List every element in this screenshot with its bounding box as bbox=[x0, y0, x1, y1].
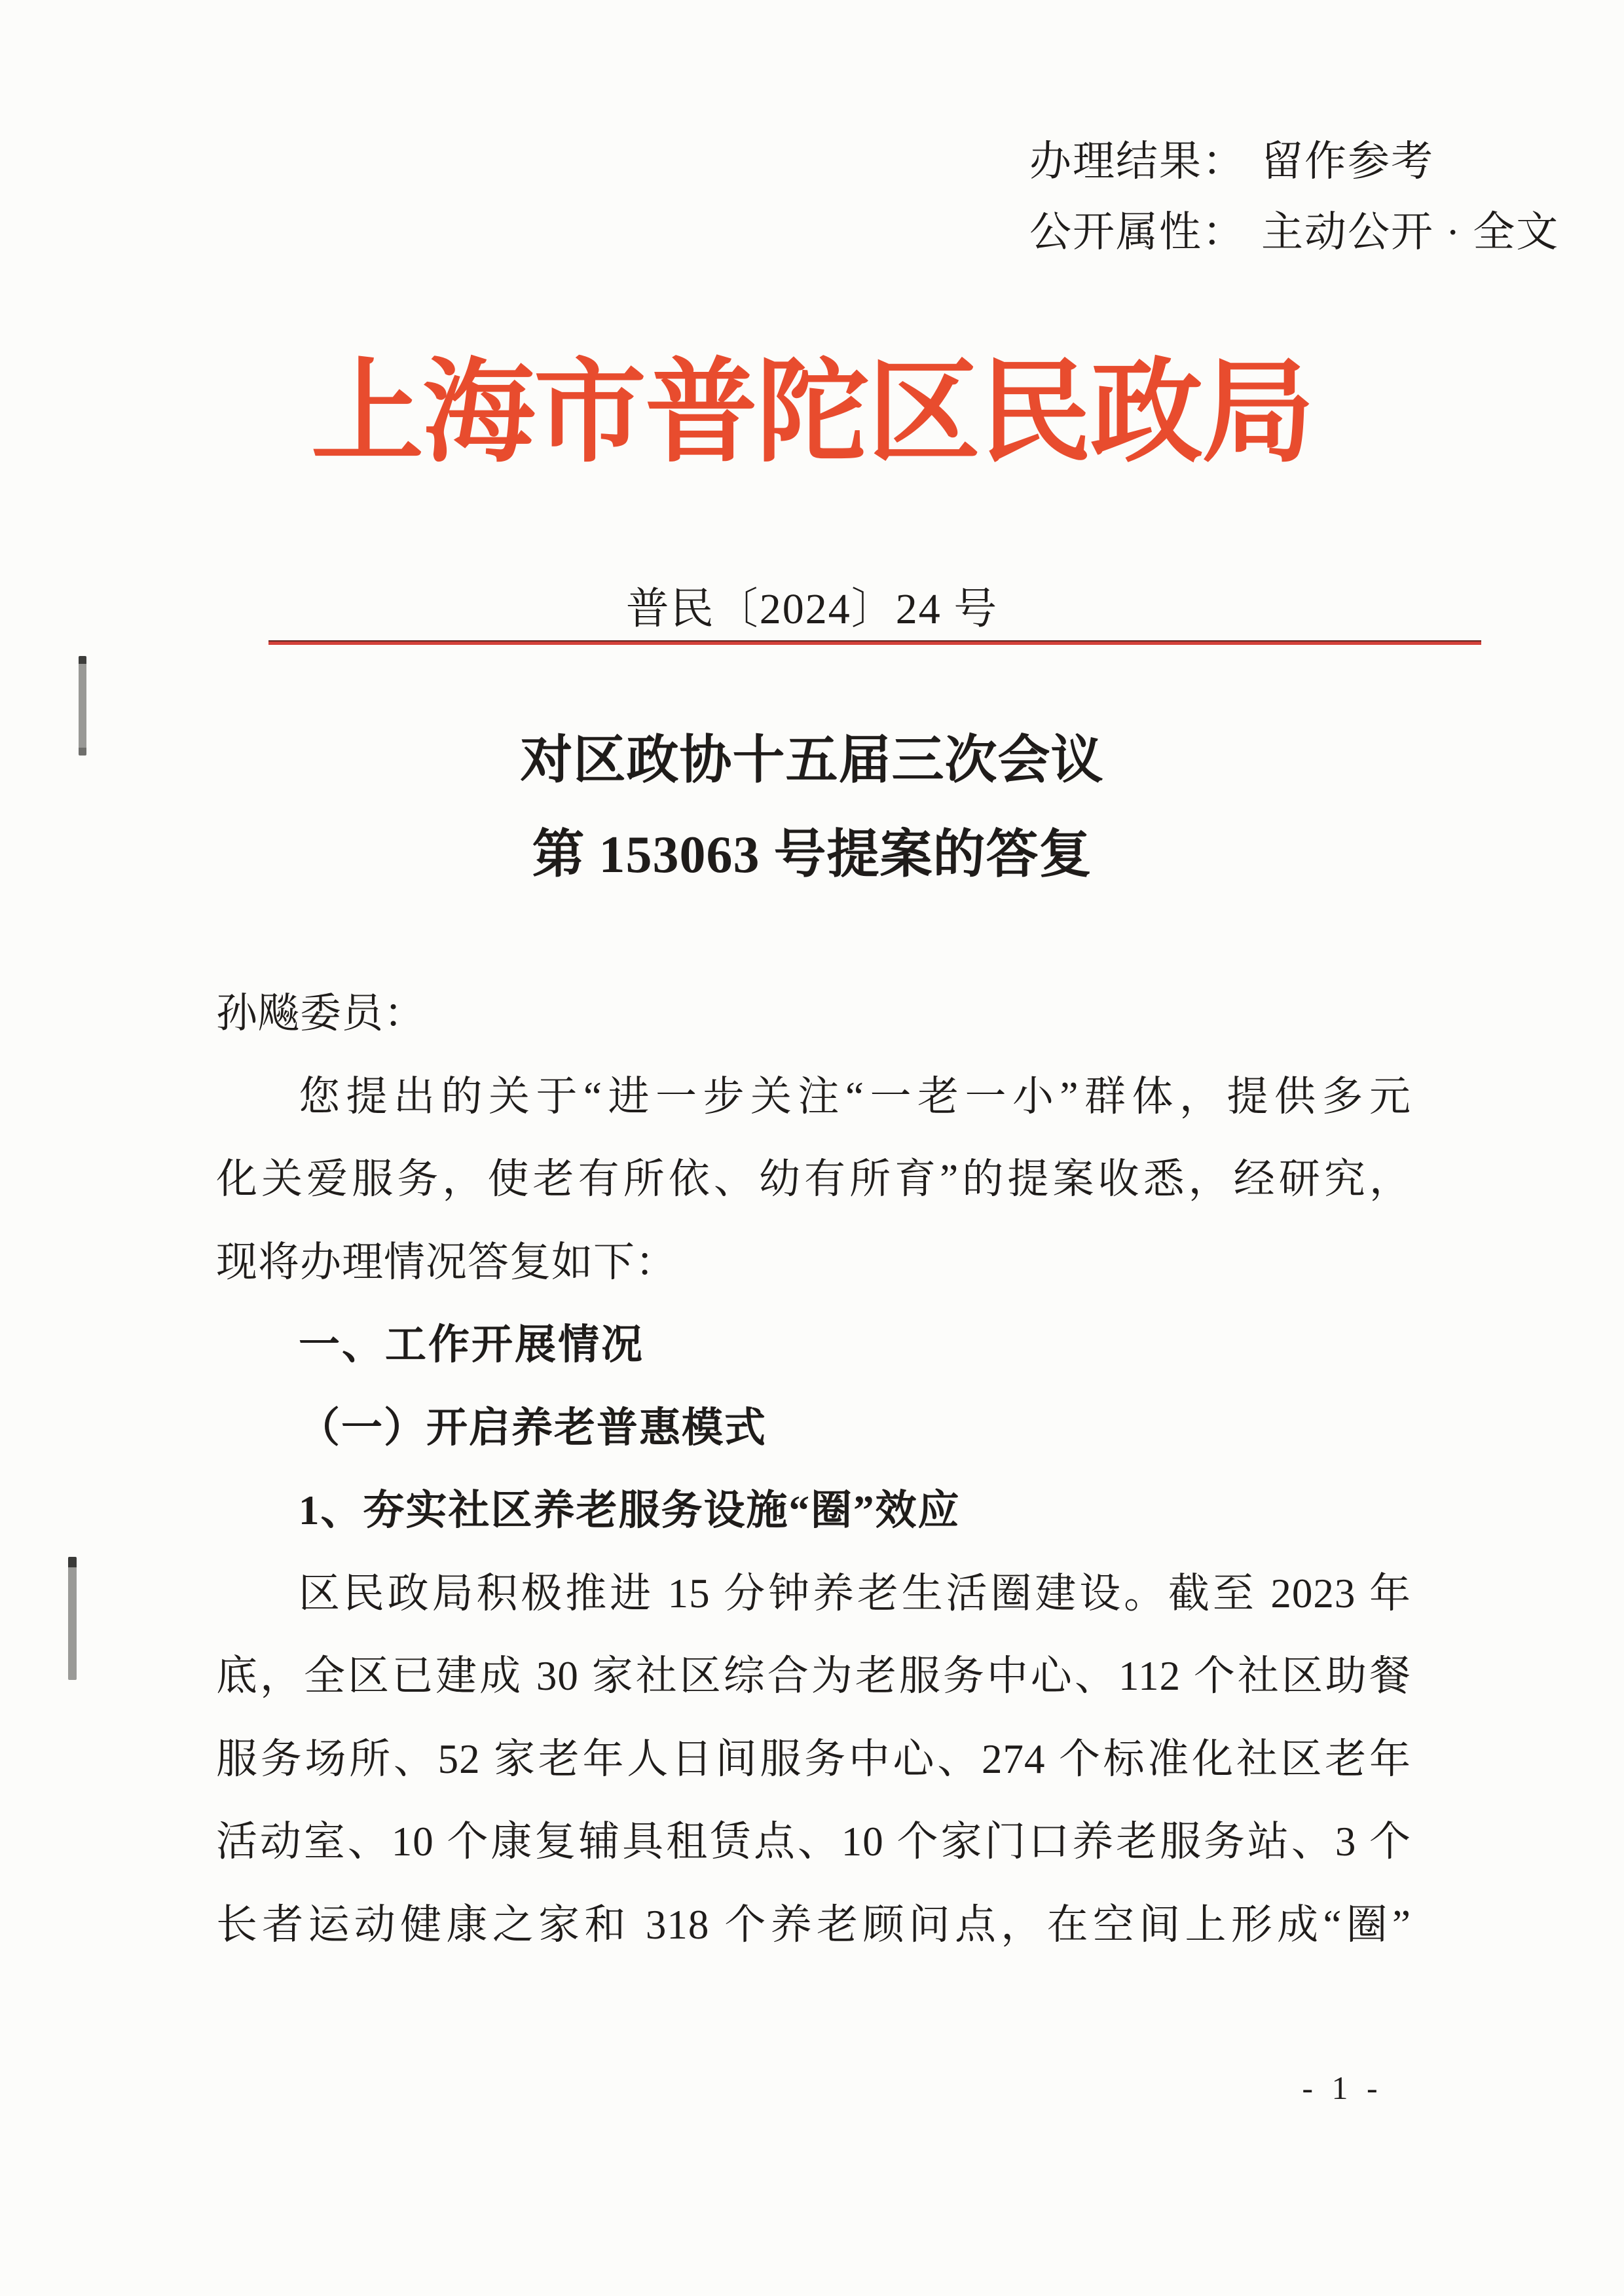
body-line: 区民政局积极推进 15 分钟养老生活圈建设。截至 2023 年 bbox=[216, 1552, 1411, 1635]
publicity-row: 公开属性：主动公开 · 全文 bbox=[1029, 197, 1559, 268]
body-line: 您提出的关于“进一步关注“一老一小”群体，提供多元 bbox=[216, 1055, 1411, 1139]
scanned-official-letter-page: 办理结果：留作参考 公开属性：主动公开 · 全文 上海市普陀区民政局 普民〔20… bbox=[0, 0, 1624, 2296]
publicity-label: 公开属性： bbox=[1029, 209, 1246, 255]
body-line: 活动室、10 个康复辅具租赁点、10 个家门口养老服务站、3 个 bbox=[216, 1800, 1411, 1884]
handling-result-row: 办理结果：留作参考 bbox=[1029, 126, 1559, 197]
body-line: 底，全区已建成 30 家社区综合为老服务中心、112 个社区助餐 bbox=[216, 1635, 1411, 1718]
body-line: 长者运动健康之家和 318 个养老顾问点，在空间上形成“圈” bbox=[216, 1884, 1411, 1967]
handling-result-label: 办理结果： bbox=[1029, 138, 1246, 185]
document-title-line2: 第 153063 号提案的答复 bbox=[0, 808, 1624, 902]
red-divider-rule bbox=[268, 640, 1481, 645]
page-number: - 1 - bbox=[1264, 2068, 1421, 2108]
publicity-value: 主动公开 · 全文 bbox=[1261, 209, 1559, 255]
scan-artifact-binder-mark-top bbox=[79, 656, 86, 756]
letter-body: 孙飚委员： 您提出的关于“进一步关注“一老一小”群体，提供多元 化关爱服务，使老… bbox=[216, 972, 1411, 1966]
subsection-heading: （一）开启养老普惠模式 bbox=[216, 1387, 1411, 1470]
scan-artifact-binder-mark-bottom bbox=[68, 1557, 77, 1680]
body-line: 服务场所、52 家老年人日间服务中心、274 个标准化社区老年 bbox=[216, 1718, 1411, 1801]
handling-result-value: 留作参考 bbox=[1261, 138, 1434, 185]
document-title-line1: 对区政协十五届三次会议 bbox=[0, 714, 1624, 808]
salutation-line: 孙飚委员： bbox=[216, 972, 1411, 1055]
body-line: 化关爱服务，使老有所依、幼有所育”的提案收悉，经研究， bbox=[216, 1138, 1411, 1221]
body-line: 现将办理情况答复如下： bbox=[216, 1221, 1411, 1304]
subsubsection-heading: 1、夯实社区养老服务设施“圈”效应 bbox=[216, 1469, 1411, 1552]
document-number: 普民〔2024〕24 号 bbox=[0, 582, 1624, 637]
document-title: 对区政协十五届三次会议 第 153063 号提案的答复 bbox=[0, 714, 1624, 902]
section-heading: 一、工作开展情况 bbox=[216, 1303, 1411, 1387]
agency-masthead-title: 上海市普陀区民政局 bbox=[0, 348, 1624, 479]
document-meta-block: 办理结果：留作参考 公开属性：主动公开 · 全文 bbox=[1029, 126, 1559, 268]
